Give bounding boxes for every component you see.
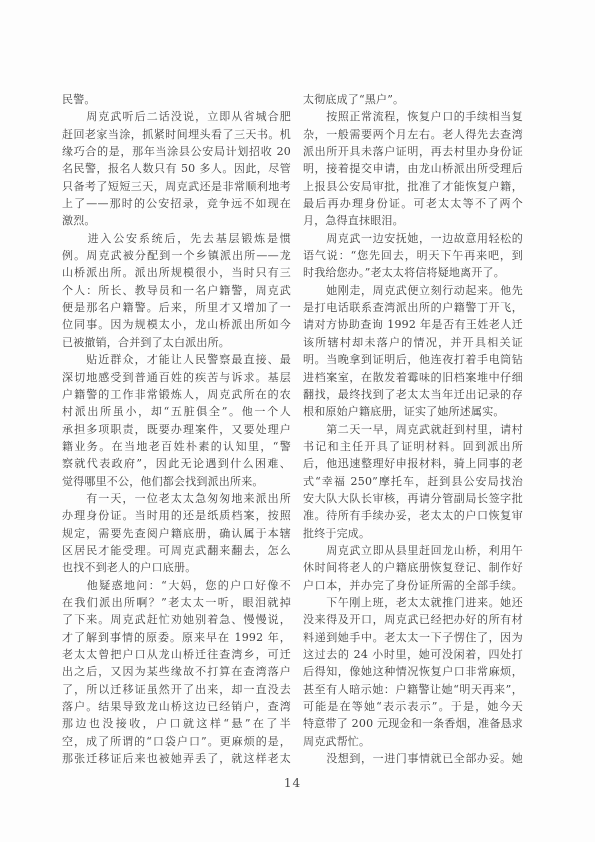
text-line: 了，所以迁移证虽然开了出来，却一直没去: [62, 681, 291, 698]
text-line: 赶回老家当涂，抓紧时间埋头看了三天书。机: [62, 126, 291, 143]
text-line: 周克武一边安抚她，一边故意用轻松的: [303, 230, 523, 247]
text-line: 才了解到事情的原委。原来早在 1992 年，: [62, 629, 291, 646]
text-line: 可能是在等她“表示表示”。于是，她今天: [303, 698, 523, 715]
text-line: 下午刚上班，老太太就推门进来。她还: [303, 594, 523, 611]
text-line: 时我给您办。”老太太将信将疑地离开了。: [303, 264, 523, 281]
text-line: 察就代表政府”，因此无论遇到什么困难、: [62, 455, 291, 472]
text-line: 料递到她手中。老太太一下子愣住了，因为: [303, 629, 523, 646]
text-line: 书记和主任开具了证明材料。回到派出所: [303, 438, 523, 455]
text-line: 户口本，并办完了身份证所需的全部手续。: [303, 577, 523, 594]
text-line: 进档案室，在散发着霉味的旧档案堆中仔细: [303, 369, 523, 386]
text-line: 那张迁移证后来也被她弄丢了，就这样老太: [62, 750, 291, 767]
text-line: 明。当晚拿到证明后，他连夜打着手电筒钻: [303, 351, 523, 368]
text-line: 也找不到老人的户口底册。: [62, 559, 291, 576]
book-page: 民警。 周克武听后二话没说，立即从省城合肥赶回老家当涂，抓紧时间埋头看了三天书。…: [0, 0, 595, 842]
text-line: 第二天一早，周克武就赶到村里，请村: [303, 421, 523, 438]
text-line: 没来得及开口，周克武已经把办好的所有材: [303, 611, 523, 628]
text-line: 批终于完成。: [303, 525, 523, 542]
text-line: 后得知，像她这种情况恢复户口非常麻烦，: [303, 663, 523, 680]
text-line: 按照正常流程，恢复户口的手续相当复: [303, 108, 523, 125]
text-line: 特意带了 200 元现金和一条香烟，准备恳求: [303, 715, 523, 732]
text-line: 户籍警的工作非常锻炼人，周克武所在的农: [62, 386, 291, 403]
text-line: 他疑惑地问：“大妈，您的户口好像不: [62, 577, 291, 594]
text-line: 语气说：“您先回去，明天下午再来吧，到: [303, 247, 523, 264]
text-line: 民警。: [62, 91, 291, 108]
text-line: 这过去的 24 小时里，她可没闲着，四处打听: [303, 646, 523, 663]
text-line: 在我们派出所啊？”老太太一听，眼泪就掉: [62, 594, 291, 611]
text-line: 区居民才能受理。可周克武翻来翻去，怎么: [62, 542, 291, 559]
text-line: 有一天，一位老太太急匆匆地来派出所: [62, 490, 291, 507]
text-line: 她刚走，周克武便立刻行动起来。他先: [303, 282, 523, 299]
text-line: 后，他迅速整理好申报材料，骑上同事的老: [303, 455, 523, 472]
text-line: 周克武听后二话没说，立即从省城合肥: [62, 108, 291, 125]
text-line: 空，成了所谓的“口袋户口”。更麻烦的是，: [62, 733, 291, 750]
text-line: 周克武帮忙。: [303, 733, 523, 750]
text-line: 已被撤销，合并到了太白派出所。: [62, 334, 291, 351]
text-line: 个人：所长、教导员和一名户籍警，周克武: [62, 282, 291, 299]
text-line: 没想到，一进门事情就已全部办妥。她: [303, 750, 523, 767]
page-number: 14: [62, 776, 523, 790]
text-line: 甚至有人暗示她：户籍警让她“明天再来”，: [303, 681, 523, 698]
text-line: 深切地感受到普通百姓的疾苦与诉求。基层: [62, 369, 291, 386]
text-line: 例。周克武被分配到一个乡镇派出所——龙: [62, 247, 291, 264]
text-line: 是打电话联系查湾派出所的户籍警丁开飞，: [303, 299, 523, 316]
text-line: 承担多项职责，既要办理案件，又要处理户: [62, 421, 291, 438]
text-line: 太彻底成了“黑户”。: [303, 91, 523, 108]
text-line: 那边也没接收，户口就这样“悬”在了半: [62, 715, 291, 732]
text-line: 安大队大队长审核，再请分管副局长签字批: [303, 490, 523, 507]
text-line: 老太太曾把户口从龙山桥迁往查湾乡，可迁: [62, 646, 291, 663]
text-line: 进入公安系统后，先去基层锻炼是惯: [62, 230, 291, 247]
text-line: 式“幸福 250”摩托车，赶到县公安局找治: [303, 473, 523, 490]
text-line: 缘巧合的是，那年当涂县公安局计划招收 20: [62, 143, 291, 160]
text-line: 规定，需要先查阅户籍底册，确认属于本辖: [62, 525, 291, 542]
text-line: 办理身份证。当时用的还是纸质档案，按照: [62, 507, 291, 524]
text-line: 该所辖村却未落户的情况，并开具相关证: [303, 334, 523, 351]
text-line: 便是那名户籍警。后来，所里才又增加了一: [62, 299, 291, 316]
text-line: 最后再办理身份证。可老太太等不了两个: [303, 195, 523, 212]
text-line: 周克武立即从县里赶回龙山桥，利用午: [303, 542, 523, 559]
text-line: 只备考了短短三天，周克武还是非常顺利地考: [62, 178, 291, 195]
text-line: 村派出所虽小，却“五脏俱全”。他一个人: [62, 403, 291, 420]
text-line: 山桥派出所。派出所规模很小，当时只有三: [62, 264, 291, 281]
text-line: 休时间将老人的户籍底册恢复登记、制作好: [303, 559, 523, 576]
text-column-left: 民警。 周克武听后二话没说，立即从省城合肥赶回老家当涂，抓紧时间埋头看了三天书。…: [62, 91, 291, 767]
text-line: 杂，一般需要两个月左右。老人得先去查湾: [303, 126, 523, 143]
text-line: 根和原始户籍底册，证实了她所述属实。: [303, 403, 523, 420]
text-line: 上报县公安局审批，批准了才能恢复户籍，: [303, 178, 523, 195]
text-line: 上了——那时的公安招录，竞争远不如现在: [62, 195, 291, 212]
text-line: 落户。结果导致龙山桥这边已经销户，查湾: [62, 698, 291, 715]
text-line: 明，接着提交申请，由龙山桥派出所受理后: [303, 160, 523, 177]
text-column-right: 太彻底成了“黑户”。 按照正常流程，恢复户口的手续相当复杂，一般需要两个月左右。…: [303, 91, 523, 767]
text-line: 贴近群众，才能让人民警察最直接、最: [62, 351, 291, 368]
text-line: 出之后，又因为某些缘故不打算在查湾落户: [62, 663, 291, 680]
text-line: 名民警，报名人数只有 50 多人。因此，尽管: [62, 160, 291, 177]
text-line: 月，急得直抹眼泪。: [303, 212, 523, 229]
text-line: 位同事。因为规模太小，龙山桥派出所如今: [62, 316, 291, 333]
text-line: 激烈。: [62, 212, 291, 229]
text-line: 觉得哪里不公，他们都会找到派出所来。: [62, 473, 291, 490]
text-line: 了下来。周克武赶忙劝她别着急、慢慢说，: [62, 611, 291, 628]
text-line: 准。待所有手续办妥，老太太的户口恢复审: [303, 507, 523, 524]
text-line: 派出所开具未落户证明，再去村里办身份证: [303, 143, 523, 160]
text-line: 请对方协助查询 1992 年是否有王姓老人迁往: [303, 316, 523, 333]
text-line: 翻找，最终找到了老太太当年迁出记录的存: [303, 386, 523, 403]
text-line: 籍业务。在当地老百姓朴素的认知里，“警: [62, 438, 291, 455]
